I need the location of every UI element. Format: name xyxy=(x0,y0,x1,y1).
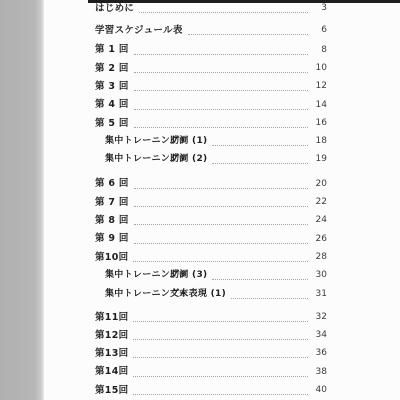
toc-section: 集中トレーニング①助詞 (1)18集中トレーニング②助詞 (2)19 xyxy=(95,132,327,169)
dot-leader xyxy=(133,320,308,322)
page-number: 30 xyxy=(312,271,327,280)
dot-leader xyxy=(133,375,308,377)
page-number: 38 xyxy=(312,368,327,377)
page-number: 28 xyxy=(312,253,327,262)
toc-entry-title: 第 5 回 xyxy=(95,119,129,129)
toc-row: 集中トレーニング③助詞 (3)30 xyxy=(95,267,327,285)
page-number: 20 xyxy=(312,180,327,189)
toc-entry-subtitle: 助詞 (3) xyxy=(170,271,207,280)
page-number: 12 xyxy=(312,82,327,91)
page-number: 32 xyxy=(312,313,327,322)
page-gutter-shadow xyxy=(0,0,44,400)
toc-section: 第11回32第12回34第13回36第14回38第15回40 xyxy=(95,308,327,399)
toc-entry-title: 集中トレーニング② xyxy=(105,155,170,164)
dot-leader xyxy=(134,187,308,189)
dot-leader xyxy=(133,260,308,262)
dot-leader xyxy=(231,297,308,299)
toc-row: 第13回36 xyxy=(95,345,327,363)
page-number: 19 xyxy=(312,155,327,164)
toc-row: 第 2 回10 xyxy=(95,59,327,77)
page-number: 22 xyxy=(312,198,327,207)
page-number: 31 xyxy=(312,290,327,299)
toc-row: 第15回40 xyxy=(95,381,327,399)
page-number: 18 xyxy=(312,137,327,146)
dot-leader xyxy=(134,126,308,128)
page-number: 26 xyxy=(312,235,327,244)
toc-entry-subtitle: 文末表現 (1) xyxy=(170,290,226,299)
toc-row: 第 3 回12 xyxy=(95,78,327,96)
dot-leader xyxy=(134,108,308,110)
toc-row: 第11回32 xyxy=(95,308,327,326)
toc-entry-title: 集中トレーニング③ xyxy=(105,271,170,280)
page-number: 14 xyxy=(312,101,327,110)
dot-leader xyxy=(212,144,308,146)
toc-entry-title: 第13回 xyxy=(95,349,128,359)
table-of-contents: はじめに3学習スケジュール表6第 1 回8第 2 回10第 3 回12第 4 回… xyxy=(95,0,327,400)
toc-row: 第10回28 xyxy=(95,248,327,266)
toc-entry-title: 第 3 回 xyxy=(95,82,129,92)
toc-section: 集中トレーニング③助詞 (3)30集中トレーニング④文末表現 (1)31 xyxy=(95,267,327,304)
dot-leader xyxy=(134,71,308,73)
page-number: 16 xyxy=(312,119,327,128)
toc-row: 集中トレーニング②助詞 (2)19 xyxy=(95,151,327,169)
toc-entry-subtitle: 助詞 (2) xyxy=(170,155,207,164)
toc-entry-title: 第 6 回 xyxy=(95,179,129,189)
dot-leader xyxy=(133,338,308,340)
toc-row: 第 8 回24 xyxy=(95,212,327,230)
toc-entry-title: 第 7 回 xyxy=(95,198,129,208)
page-number: 40 xyxy=(312,386,327,395)
toc-entry-title: 第 9 回 xyxy=(95,234,129,244)
page-number: 36 xyxy=(312,349,327,358)
toc-row: 第 4 回14 xyxy=(95,96,327,114)
page-number: 3 xyxy=(312,4,327,13)
toc-entry-title: 第 8 回 xyxy=(95,216,129,226)
page-number: 10 xyxy=(312,64,327,73)
toc-row: 第14回38 xyxy=(95,363,327,381)
dot-leader xyxy=(134,89,308,91)
dot-leader xyxy=(188,33,308,35)
page-number: 34 xyxy=(312,331,327,340)
toc-section: はじめに3学習スケジュール表6 xyxy=(95,0,327,41)
toc-row: 第 1 回8 xyxy=(95,41,327,59)
toc-row: 第 9 回26 xyxy=(95,230,327,248)
toc-section: 第 1 回8第 2 回10第 3 回12第 4 回14第 5 回16 xyxy=(95,41,327,132)
toc-entry-subtitle: 助詞 (1) xyxy=(170,137,207,146)
dot-leader xyxy=(134,223,308,225)
toc-entry-title: はじめに xyxy=(95,4,134,14)
page-number: 24 xyxy=(312,216,327,225)
toc-row: 集中トレーニング④文末表現 (1)31 xyxy=(95,285,327,303)
toc-row: はじめに3 xyxy=(95,0,327,20)
toc-row: 第 5 回16 xyxy=(95,114,327,132)
toc-row: 第 6 回20 xyxy=(95,175,327,193)
dot-leader xyxy=(212,162,308,164)
toc-entry-title: 第14回 xyxy=(95,367,128,377)
dot-leader xyxy=(133,393,308,395)
toc-row: 第 7 回22 xyxy=(95,193,327,211)
toc-entry-title: 第10回 xyxy=(95,253,128,263)
toc-row: 第12回34 xyxy=(95,326,327,344)
page-number: 8 xyxy=(312,46,327,55)
toc-row: 学習スケジュール表6 xyxy=(95,20,327,42)
dot-leader xyxy=(134,242,308,244)
toc-entry-title: 学習スケジュール表 xyxy=(95,26,183,36)
dot-leader xyxy=(133,356,308,358)
toc-entry-title: 集中トレーニング④ xyxy=(105,290,170,299)
dot-leader xyxy=(134,205,308,207)
toc-entry-title: 第 2 回 xyxy=(95,64,129,74)
scanned-toc-page: はじめに3学習スケジュール表6第 1 回8第 2 回10第 3 回12第 4 回… xyxy=(0,0,400,400)
toc-entry-title: 第 1 回 xyxy=(95,45,129,55)
toc-section: 第 6 回20第 7 回22第 8 回24第 9 回26第10回28 xyxy=(95,175,327,266)
toc-row: 集中トレーニング①助詞 (1)18 xyxy=(95,132,327,150)
dot-leader xyxy=(212,278,308,280)
toc-entry-title: 第15回 xyxy=(95,386,128,396)
toc-entry-title: 集中トレーニング① xyxy=(105,137,170,146)
page-number: 6 xyxy=(312,26,327,35)
toc-entry-title: 第12回 xyxy=(95,331,128,341)
dot-leader xyxy=(134,53,308,55)
toc-entry-title: 第11回 xyxy=(95,313,128,323)
toc-entry-title: 第 4 回 xyxy=(95,100,129,110)
dot-leader xyxy=(139,11,308,13)
